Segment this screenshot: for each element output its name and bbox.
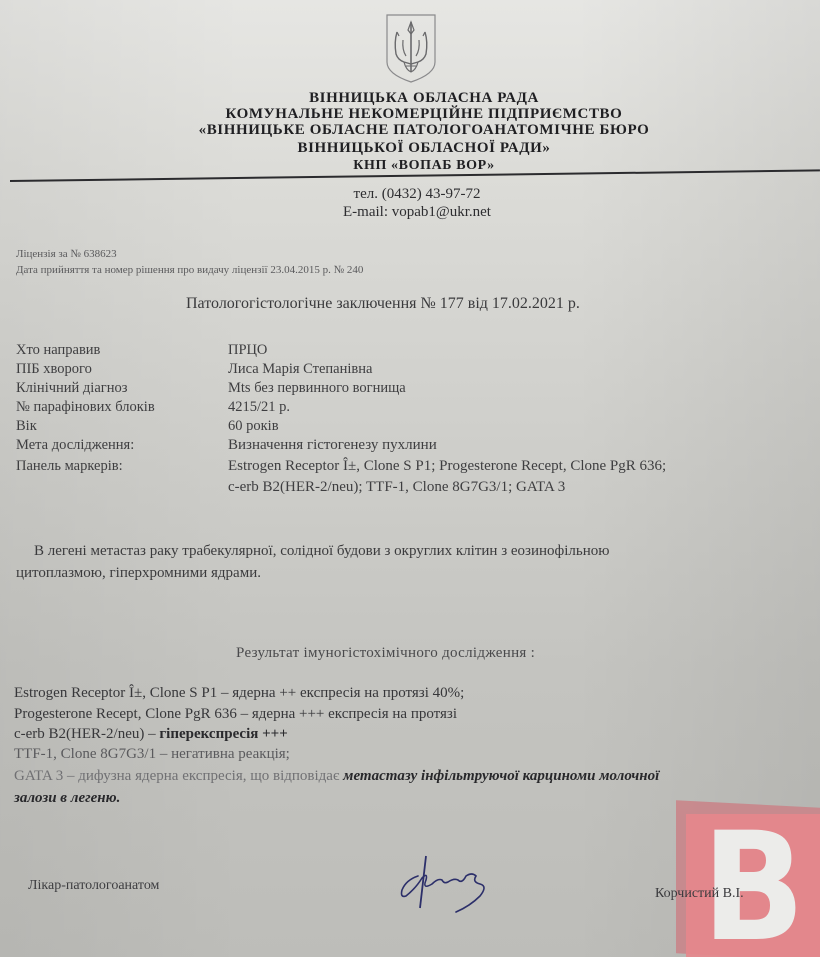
info-value-marker-panel: Estrogen Receptor Î±, Clone S P1; Proges…: [228, 458, 666, 475]
info-value-patient-name: Лиса Марія Степанівна: [228, 361, 372, 378]
trident-coat-of-arms-icon: [384, 12, 438, 84]
info-value-referrer: ПРЦО: [228, 342, 267, 359]
signature-role: Лікар-патологоанатом: [28, 878, 159, 894]
result-her2: c-erb B2(HER-2/neu) – гіперекспресія +++: [14, 726, 288, 743]
result-gata3-conclusion: метастазу інфільтруючої карциноми молочн…: [343, 768, 659, 784]
info-value-age: 60 років: [228, 418, 279, 435]
info-value-blocks: 4215/21 р.: [228, 399, 290, 416]
info-value-marker-panel-line2: c-erb B2(HER-2/neu); TTF-1, Clone 8G7G3/…: [228, 479, 565, 496]
result-gata3-conclusion-line2: залози в легеню.: [14, 790, 120, 807]
info-label-referrer: Хто направив: [16, 342, 100, 359]
license-number: Ліцензія за № 638623: [16, 248, 117, 260]
result-progesterone: Progesterone Recept, Clone PgR 636 – яде…: [14, 706, 457, 723]
header-bureau-name: «ВІННИЦЬКЕ ОБЛАСНЕ ПАТОЛОГОАНАТОМІЧНЕ БЮ…: [14, 122, 820, 139]
result-gata3: GATA 3 – дифузна ядерна експресія, що ві…: [14, 768, 659, 785]
handwritten-signature-icon: [392, 848, 502, 920]
result-estrogen: Estrogen Receptor Î±, Clone S P1 – ядерн…: [14, 685, 464, 702]
result-her2-emphasis: гіперекспресія +++: [159, 726, 287, 742]
publisher-watermark-logo: B: [668, 796, 820, 957]
info-label-age: Вік: [16, 418, 37, 435]
info-label-blocks: № парафінових блоків: [16, 399, 155, 416]
info-value-diagnosis: Mts без первинного вогнища: [228, 380, 406, 397]
description-line-1: В легені метастаз раку трабекулярної, со…: [34, 540, 609, 562]
signature-name: Корчистий В.І.: [655, 886, 744, 902]
results-title: Результат імуногістохімічного дослідженн…: [236, 645, 535, 662]
header-council-name: ВІННИЦЬКА ОБЛАСНА РАДА: [14, 90, 820, 107]
info-label-marker-panel: Панель маркерів:: [16, 458, 123, 475]
info-label-diagnosis: Клінічний діагноз: [16, 380, 127, 397]
header-email: E-mail: vopab1@ukr.net: [0, 204, 820, 221]
header-enterprise-type: КОМУНАЛЬНЕ НЕКОМЕРЦІЙНЕ ПІДПРИЄМСТВО: [14, 106, 820, 123]
header-phone: тел. (0432) 43-97-72: [0, 186, 820, 203]
result-ttf1: TTF-1, Clone 8G7G3/1 – негативна реакція…: [14, 746, 290, 763]
info-label-purpose: Мета дослідження:: [16, 437, 134, 454]
document-title: Патологогістологічне заключення № 177 ві…: [186, 295, 580, 313]
info-label-patient-name: ПІБ хворого: [16, 361, 92, 378]
license-decision: Дата прийняття та номер рішення про вида…: [16, 264, 363, 276]
result-gata3-text: GATA 3 – дифузна ядерна експресія, що ві…: [14, 768, 343, 784]
info-value-purpose: Визначення гістогенезу пухлини: [228, 437, 437, 454]
result-her2-text: c-erb B2(HER-2/neu) –: [14, 726, 159, 742]
description-line-2: цитоплазмою, гіперхромними ядрами.: [16, 562, 261, 584]
header-bureau-council: ВІННИЦЬКОЇ ОБЛАСНОЇ РАДИ»: [14, 140, 820, 157]
